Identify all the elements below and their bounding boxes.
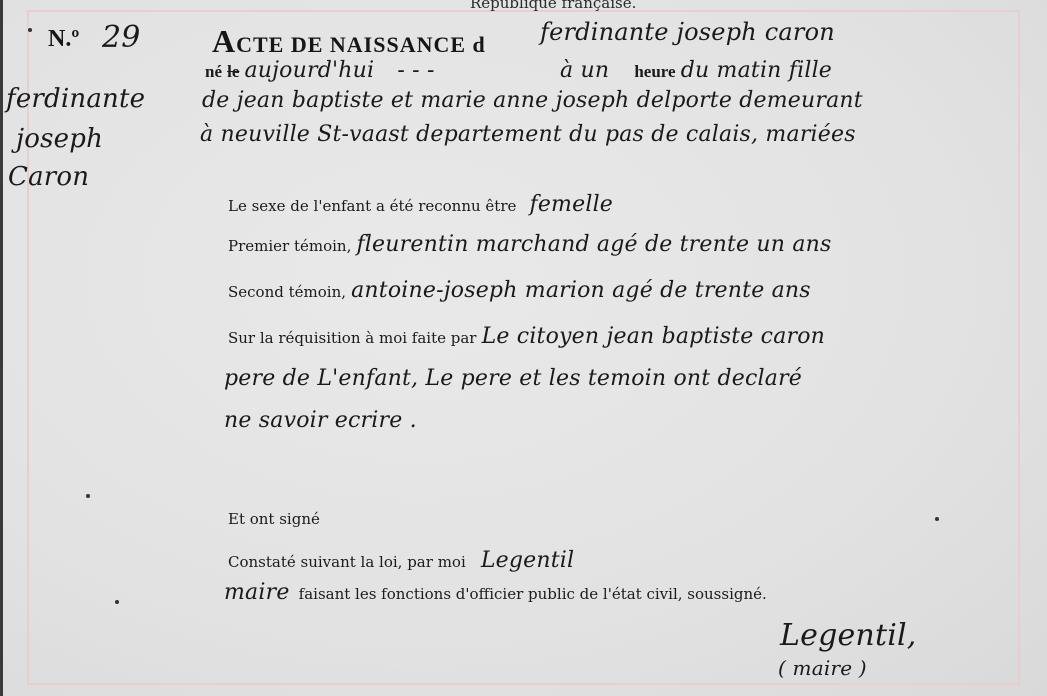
born-label: né — [205, 62, 222, 81]
margin-name-last: Caron — [8, 162, 89, 192]
birth-date-line: né le aujourd'hui - - - — [205, 58, 435, 83]
record-number-label: N.º — [48, 26, 79, 53]
document-title: ACTE DE NAISSANCE d — [212, 23, 486, 60]
sex-value: femelle — [529, 192, 613, 217]
born-dashes: - - - — [397, 58, 434, 83]
ink-speck — [86, 494, 90, 498]
ink-speck — [935, 517, 939, 521]
birth-hour-line: à un heure du matin fille — [560, 58, 832, 83]
born-day: aujourd'hui — [244, 58, 374, 83]
document-header: République française. — [470, 0, 636, 12]
signed-label: Et ont signé — [228, 510, 320, 528]
witness1-label: Premier témoin, — [228, 237, 351, 255]
requisition-label: Sur la réquisition à moi faite par — [228, 329, 476, 347]
witness1-row: Premier témoin, fleurentin marchand agé … — [228, 232, 832, 257]
witness1-value: fleurentin marchand agé de trente un ans — [356, 232, 831, 257]
constate-label: Constaté suivant la loi, par moi — [228, 553, 466, 571]
hour-prefix: à un — [560, 58, 609, 83]
sex-row: Le sexe de l'enfant a été reconnu être f… — [228, 192, 613, 217]
page-edge-shadow — [0, 0, 3, 696]
signature-title: ( maire ) — [778, 656, 867, 680]
constate-row: Constaté suivant la loi, par moi Legenti… — [228, 548, 574, 573]
requisition-value: Le citoyen jean baptiste caron — [482, 324, 825, 349]
margin-name-middle: joseph — [16, 124, 103, 154]
ink-speck — [115, 600, 119, 604]
witness2-label: Second témoin, — [228, 283, 346, 301]
witness2-value: antoine-joseph marion agé de trente ans — [351, 278, 811, 303]
parents-line: de jean baptiste et marie anne joseph de… — [202, 88, 863, 113]
margin-name-first: ferdinante — [6, 84, 145, 114]
title-initial: A — [212, 23, 236, 59]
requisition-line2: pere de L'enfant, Le pere et les temoin … — [224, 366, 802, 391]
officer-function: faisant les fonctions d'officier public … — [299, 585, 767, 603]
witness2-row: Second témoin, antoine-joseph marion agé… — [228, 278, 811, 303]
sex-label: Le sexe de l'enfant a été reconnu être — [228, 197, 516, 215]
ink-speck — [28, 28, 32, 32]
requisition-row: Sur la réquisition à moi faite par Le ci… — [228, 324, 825, 349]
officer-row: maire faisant les fonctions d'officier p… — [224, 580, 767, 605]
signature-name: Legentil, — [780, 618, 917, 653]
title-text: CTE DE NAISSANCE d — [236, 32, 486, 57]
child-name-handwritten: ferdinante joseph caron — [540, 18, 835, 46]
residence-line: à neuville St-vaast departement du pas d… — [200, 122, 856, 147]
hour-label: heure — [634, 62, 675, 81]
born-struck: le — [227, 62, 239, 81]
hour-suffix: du matin fille — [681, 58, 832, 83]
officer-title: maire — [224, 580, 290, 605]
requisition-line3: ne savoir ecrire . — [224, 408, 417, 433]
record-number: 29 — [102, 20, 141, 55]
scanned-document-page: République française. N.º 29 ACTE DE NAI… — [0, 0, 1047, 696]
officer-name: Legentil — [481, 548, 574, 573]
